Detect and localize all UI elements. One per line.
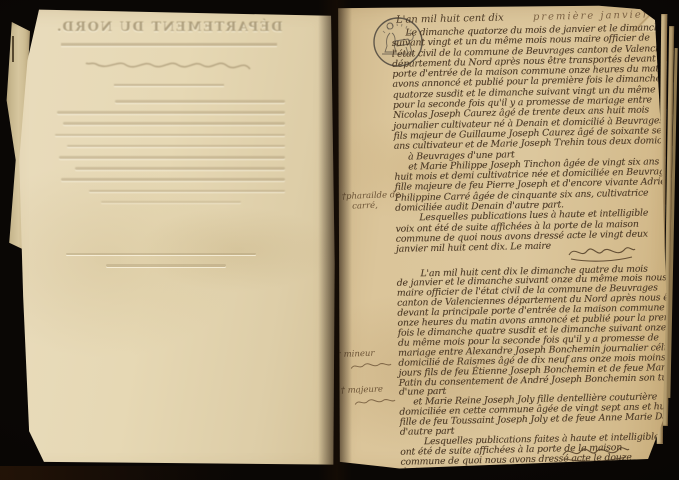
showthrough-printed-form: DÉPARTEMENT DU NORD. [24, 20, 314, 203]
right-page: L'an mil huit cent dix première janvier … [334, 2, 678, 478]
showthrough-rule [61, 43, 277, 46]
showthrough-script-title [84, 56, 254, 76]
book-gutter-shadow [318, 0, 352, 480]
act1-marriage-banns: Le dimanche quatorze du mois de janvier … [391, 23, 662, 255]
showthrough-rule-small [114, 84, 224, 86]
margin-signature-scrawl [349, 359, 393, 373]
left-page: DÉPARTEMENT DU NORD. [6, 4, 336, 476]
mayor-signature [560, 442, 632, 464]
margin-signature-scrawl [353, 395, 397, 409]
act1-date-text: L'an mil huit cent dix [396, 13, 504, 26]
showthrough-faint-marks [66, 244, 256, 267]
binding-stitch [12, 36, 14, 62]
mayor-signature [566, 242, 638, 264]
margin-note-line: carré, [352, 200, 401, 211]
showthrough-heading: DÉPARTEMENT DU NORD. [24, 20, 314, 35]
archival-scan: DÉPARTEMENT DU NORD. [0, 0, 679, 480]
showthrough-paragraph [53, 100, 285, 203]
